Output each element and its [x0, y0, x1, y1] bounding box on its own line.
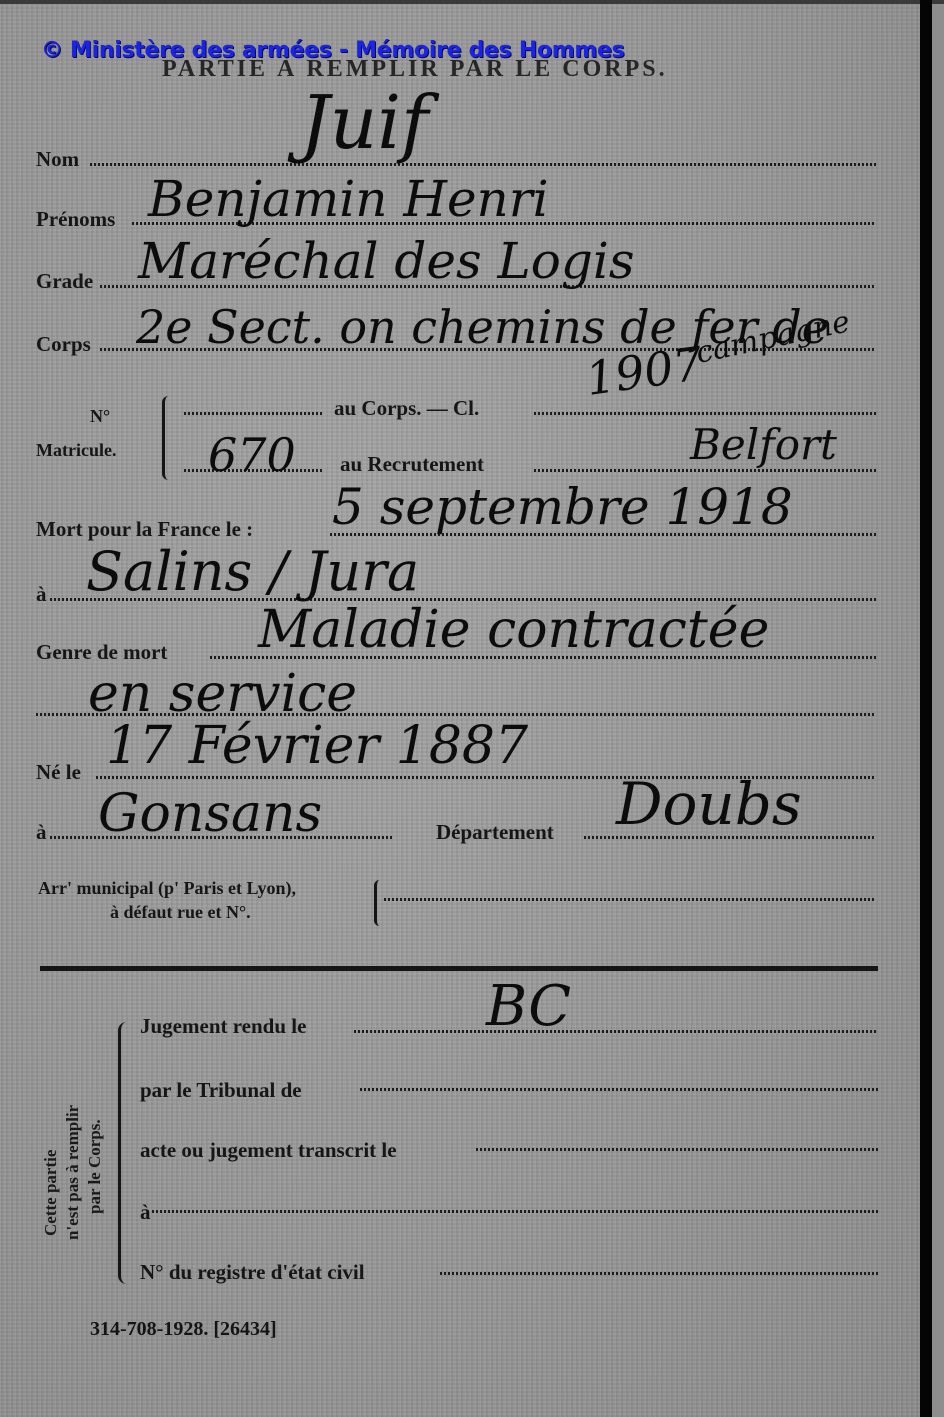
- au-corps-line: [184, 412, 324, 415]
- mort-a-label: à: [36, 582, 47, 607]
- registre-line: [440, 1272, 878, 1275]
- print-reference: 314-708-1928. [26434]: [90, 1318, 277, 1341]
- ne-le-value: 17 Février 1887: [106, 716, 528, 776]
- matricule-label: Matricule.: [36, 440, 116, 461]
- departement-value: Doubs: [616, 770, 802, 838]
- transcrit-a-label: à: [140, 1200, 151, 1225]
- nom-value: Juif: [300, 80, 428, 166]
- matricule-brace: [162, 396, 175, 480]
- arrondissement-label-2: à défaut rue et N°.: [110, 902, 251, 923]
- ne-le-label: Né le: [36, 760, 81, 785]
- side-note-line-3: par le Corps.: [84, 1119, 106, 1214]
- genre-de-mort-label: Genre de mort: [36, 640, 167, 665]
- prenoms-label: Prénoms: [36, 207, 115, 232]
- scan-edge-top: [0, 0, 944, 4]
- lower-section-brace: [118, 1022, 135, 1284]
- genre-de-mort-value-2: en service: [88, 664, 357, 724]
- grade-value: Maréchal des Logis: [138, 232, 635, 290]
- arrondissement-brace: [374, 880, 385, 926]
- side-note-line-2: n'est pas à remplir: [62, 1105, 84, 1240]
- mort-le-value: 5 septembre 1918: [332, 478, 793, 536]
- scan-edge-right: [920, 0, 932, 1417]
- tribunal-line: [360, 1088, 878, 1091]
- nom-line: [90, 163, 876, 166]
- side-note-line-1: Cette partie: [40, 1150, 62, 1236]
- mort-a-value: Salins / Jura: [86, 540, 419, 603]
- departement-label: Département: [436, 820, 554, 845]
- transcrit-label: acte ou jugement transcrit le: [140, 1138, 397, 1163]
- matricule-no-label: N°: [90, 406, 110, 427]
- corps-label: Corps: [36, 332, 91, 357]
- tribunal-label: par le Tribunal de: [140, 1078, 302, 1103]
- jugement-rendu-label: Jugement rendu le: [140, 1014, 306, 1039]
- grade-label: Grade: [36, 269, 93, 294]
- jugement-rendu-line: [354, 1030, 878, 1033]
- death-record-card: © Ministère des armées - Mémoire des Hom…: [0, 0, 932, 1417]
- ne-a-label: à: [36, 820, 47, 845]
- arrondissement-label-1: Arr' municipal (p' Paris et Lyon),: [38, 878, 296, 899]
- registre-label: N° du registre d'état civil: [140, 1260, 365, 1285]
- au-recrutement-value: 670: [208, 428, 296, 482]
- jugement-rendu-value: BC: [486, 974, 571, 1039]
- nom-label: Nom: [36, 147, 79, 172]
- section-divider: [40, 966, 878, 971]
- copyright-watermark: © Ministère des armées - Mémoire des Hom…: [41, 38, 624, 63]
- prenoms-value: Benjamin Henri: [148, 170, 549, 228]
- recrutement-lieu-line: [534, 469, 876, 472]
- arrondissement-line: [384, 898, 876, 901]
- genre-de-mort-value: Maladie contractée: [258, 600, 769, 660]
- recrutement-lieu-value: Belfort: [690, 420, 837, 469]
- au-recrutement-label: au Recrutement: [340, 452, 484, 477]
- transcrit-line: [476, 1148, 878, 1151]
- classe-line: [534, 412, 876, 415]
- ne-a-value: Gonsans: [98, 784, 322, 844]
- mort-le-label: Mort pour la France le :: [36, 517, 253, 542]
- au-corps-label: au Corps. — Cl.: [334, 396, 479, 421]
- transcrit-a-line: [152, 1210, 878, 1213]
